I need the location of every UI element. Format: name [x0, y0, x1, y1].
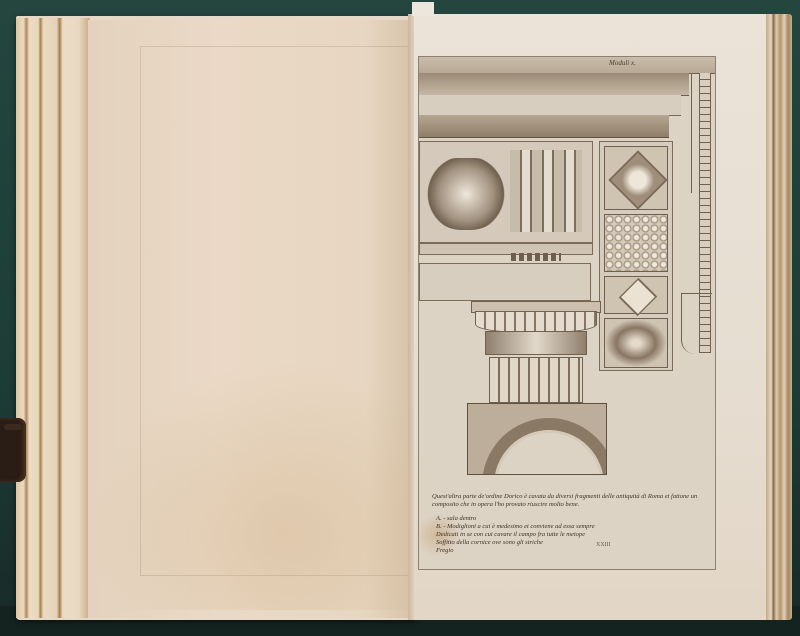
- taenia: [419, 243, 593, 255]
- legend-item: Fregio: [436, 547, 712, 555]
- guttae-coffer: [604, 214, 668, 272]
- cornice: [419, 73, 689, 96]
- legend-item: Dedicati in se con cui cavare il campo f…: [436, 531, 712, 539]
- lozenge-ornament: [619, 278, 658, 317]
- entablature-top: Moduli x.: [419, 57, 715, 74]
- frieze: [419, 141, 593, 243]
- module-label: Moduli x.: [609, 59, 636, 67]
- legend-item: A. - sala dentro: [436, 515, 712, 523]
- architrave: [419, 263, 591, 301]
- legend-item: Soffitto della cornice ove sono gli stri…: [436, 539, 712, 547]
- metope-ornament: [426, 158, 506, 230]
- page-tab-marker: [412, 2, 434, 16]
- caption-text: Quest'altra parte de'ordine Dorico è cav…: [432, 493, 712, 509]
- corona: [419, 95, 681, 116]
- arch-ring: [482, 418, 607, 475]
- caption-legend: A. - sala dentro B. - Modiglioni a cui è…: [432, 515, 712, 555]
- right-fore-edge-pages: [766, 14, 792, 620]
- moulding-profile: [681, 293, 712, 354]
- thunderbolt-coffer: [604, 318, 668, 368]
- soffit-coffers: [599, 141, 673, 371]
- legend-item: B. - Modiglioni a cui è medesimo et conv…: [436, 523, 712, 531]
- left-fore-edge-pages: [16, 18, 90, 618]
- fluted-shaft: [489, 357, 583, 403]
- mutule-band: [419, 115, 669, 138]
- capital-necking: [485, 331, 587, 355]
- plate-caption: Quest'altra parte de'ordine Dorico è cav…: [432, 493, 712, 555]
- scale-line: [691, 73, 692, 193]
- guttae: [511, 253, 561, 261]
- rosette-diamond: [608, 150, 667, 209]
- lozenge-coffer: [604, 276, 668, 314]
- rosette-coffer: [604, 146, 668, 210]
- arch-detail: [467, 403, 607, 475]
- triglyph: [510, 150, 582, 232]
- book-clasp: [0, 418, 26, 482]
- left-plate-mark: [140, 46, 412, 576]
- page-number: XXIII: [596, 542, 611, 548]
- capital-echinus: [475, 311, 597, 333]
